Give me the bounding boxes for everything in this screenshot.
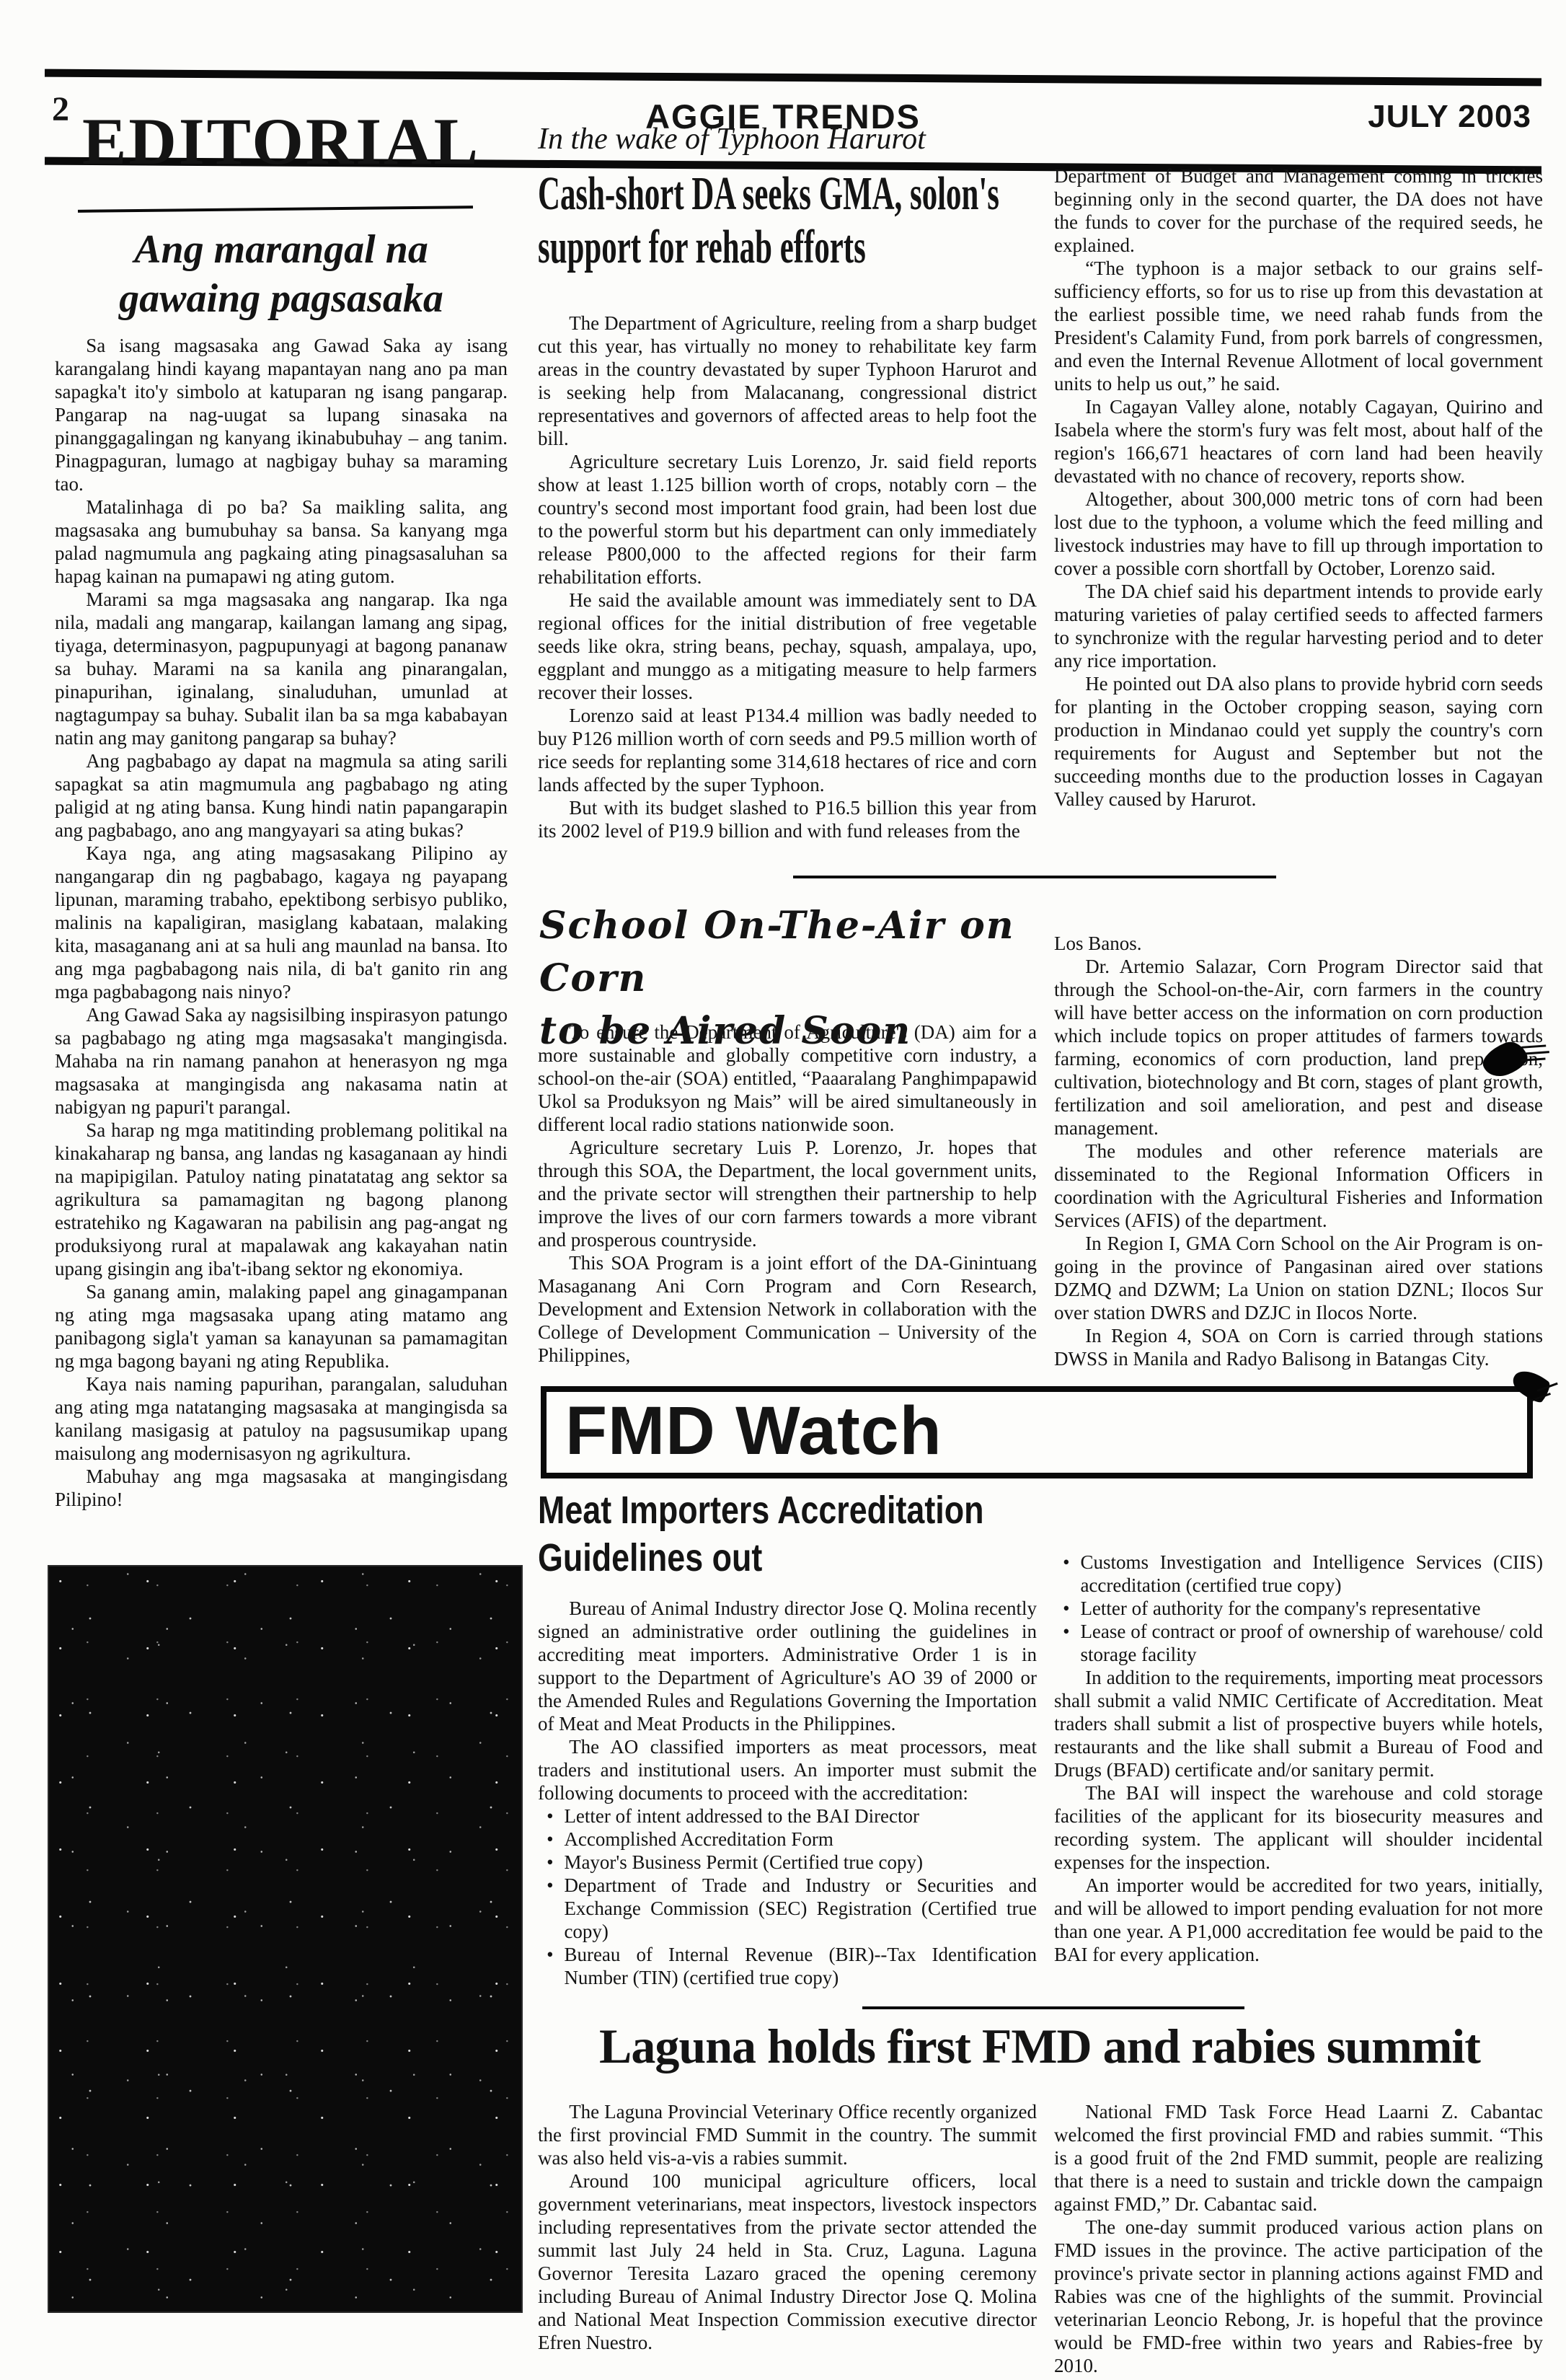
editorial-paragraph: Kaya nais naming papurihan, parangalan, … [55, 1372, 508, 1465]
article-paragraph: “The typhoon is a major setback to our g… [1054, 257, 1543, 395]
article-paragraph: Bureau of Animal Industry director Jose … [538, 1597, 1037, 1735]
typhoon-headline: Cash-short DA seeks GMA, solon's support… [538, 167, 1037, 274]
typhoon-headline-line2: support for rehab efforts [538, 221, 866, 273]
editorial-paragraph: Ang Gawad Saka ay nagsisilbing inspirasy… [55, 1003, 508, 1119]
article-paragraph: He said the available amount was immedia… [538, 589, 1037, 704]
editorial-paragraph: Sa harap ng mga matitinding problemang p… [55, 1119, 508, 1280]
article-paragraph: The Department of Agriculture, reeling f… [538, 312, 1037, 450]
editorial-paragraph: Matalinhaga di po ba? Sa maikling salita… [55, 495, 508, 588]
soa-title-line1: School On-The-Air on Corn [539, 904, 1015, 1000]
bullet-item: Bureau of Internal Revenue (BIR)--Tax Id… [538, 1943, 1037, 1989]
typhoon-kicker: In the wake of Typhoon Harurot [538, 124, 926, 154]
article-paragraph: In Region 4, SOA on Corn is carried thro… [1054, 1324, 1543, 1370]
article-paragraph: The DA chief said his department intends… [1054, 580, 1543, 672]
editorial-title: Ang marangal na gawaing pagsasaka [55, 225, 508, 324]
soa-column-1: To ensure the Department of Agriculture'… [538, 1021, 1037, 1367]
editorial-paragraph: Kaya nga, ang ating magsasakang Pilipino… [55, 842, 508, 1003]
meat-headline: Meat Importers Accreditation Guidelines … [538, 1487, 1036, 1582]
article-paragraph: In Region I, GMA Corn School on the Air … [1054, 1232, 1543, 1324]
article-paragraph: To ensure the Department of Agriculture'… [538, 1021, 1037, 1136]
article-paragraph: The Laguna Provincial Veterinary Office … [538, 2100, 1037, 2169]
meat-headline-line1: Meat Importers Accreditation [538, 1489, 983, 1532]
article-paragraph: National FMD Task Force Head Laarni Z. C… [1054, 2100, 1543, 2216]
photo-dark-scan [49, 1566, 521, 2311]
bullet-item: Department of Trade and Industry or Secu… [538, 1874, 1037, 1943]
editorial-paragraph: Marami sa mga magsasaka ang nangarap. Ik… [55, 588, 508, 749]
bullet-item: Letter of authority for the company's re… [1054, 1597, 1543, 1620]
article-paragraph: Agriculture secretary Luis P. Lorenzo, J… [538, 1136, 1037, 1251]
article-paragraph: The one-day summit produced various acti… [1054, 2216, 1543, 2377]
header-rule-top [45, 69, 1541, 87]
meat-headline-line2: Guidelines out [538, 1536, 762, 1579]
editorial-paragraph: Mabuhay ang mga magsasaka at mangingisda… [55, 1465, 508, 1511]
laguna-column-2: National FMD Task Force Head Laarni Z. C… [1054, 2100, 1543, 2377]
newspaper-page: 2 AGGIE TRENDS JULY 2003 EDITORIAL Ang m… [0, 0, 1566, 2380]
laguna-column-1: The Laguna Provincial Veterinary Office … [538, 2100, 1037, 2354]
laguna-top-rule [862, 2006, 1244, 2009]
dateline: Los Banos. [1054, 932, 1543, 955]
section-divider-rule [793, 876, 1276, 878]
issue-date: JULY 2003 [1368, 101, 1531, 133]
article-paragraph: This SOA Program is a joint effort of th… [538, 1251, 1037, 1367]
typhoon-column-1: The Department of Agriculture, reeling f… [538, 312, 1037, 842]
article-paragraph: The BAI will inspect the warehouse and c… [1054, 1781, 1543, 1874]
article-paragraph: In addition to the requirements, importi… [1054, 1666, 1543, 1781]
article-paragraph: Altogether, about 300,000 metric tons of… [1054, 488, 1543, 580]
typhoon-headline-line1: Cash-short DA seeks GMA, solon's [538, 167, 999, 220]
editorial-body: Sa isang magsasaka ang Gawad Saka ay isa… [55, 334, 508, 1511]
article-paragraph: Lorenzo said at least P134.4 million was… [538, 704, 1037, 796]
editorial-paragraph: Sa ganang amin, malaking papel ang ginag… [55, 1280, 508, 1372]
article-paragraph: Around 100 municipal agriculture officer… [538, 2169, 1037, 2354]
bullet-item: Lease of contract or proof of ownership … [1054, 1620, 1543, 1666]
fmd-watch-banner: FMD Watch [541, 1386, 1533, 1478]
bullet-item: Mayor's Business Permit (Certified true … [538, 1851, 1037, 1874]
editorial-paragraph: Sa isang magsasaka ang Gawad Saka ay isa… [55, 334, 508, 495]
article-paragraph: The AO classified importers as meat proc… [538, 1735, 1037, 1804]
article-paragraph: The modules and other reference material… [1054, 1140, 1543, 1232]
bullet-item: Accomplished Accreditation Form [538, 1828, 1037, 1851]
article-paragraph: Agriculture secretary Luis Lorenzo, Jr. … [538, 450, 1037, 589]
editorial-title-text: Ang marangal na gawaing pagsasaka [94, 225, 469, 324]
laguna-headline: Laguna holds first FMD and rabies summit [538, 2019, 1541, 2073]
soa-column-2: Los Banos. Dr. Artemio Salazar, Corn Pro… [1054, 932, 1543, 1370]
meat-column-1: Bureau of Animal Industry director Jose … [538, 1597, 1037, 1989]
bullet-item: Letter of intent addressed to the BAI Di… [538, 1804, 1037, 1828]
article-paragraph: He pointed out DA also plans to provide … [1054, 672, 1543, 811]
article-paragraph: Department of Budget and Management comi… [1054, 164, 1543, 257]
editorial-label: EDITORIAL [55, 108, 508, 175]
article-paragraph: Dr. Artemio Salazar, Corn Program Direct… [1054, 955, 1543, 1140]
bullet-item: Customs Investigation and Intelligence S… [1054, 1551, 1543, 1597]
article-paragraph: An importer would be accredited for two … [1054, 1874, 1543, 1966]
editorial-underline [78, 206, 473, 213]
meat-column-2: Customs Investigation and Intelligence S… [1054, 1551, 1543, 1966]
typhoon-column-2: Department of Budget and Management comi… [1054, 164, 1543, 811]
fmd-watch-title: FMD Watch [547, 1392, 1527, 1469]
editorial-paragraph: Ang pagbabago ay dapat na magmula sa ati… [55, 749, 508, 842]
article-paragraph: But with its budget slashed to P16.5 bil… [538, 796, 1037, 842]
article-paragraph: In Cagayan Valley alone, notably Cagayan… [1054, 395, 1543, 488]
